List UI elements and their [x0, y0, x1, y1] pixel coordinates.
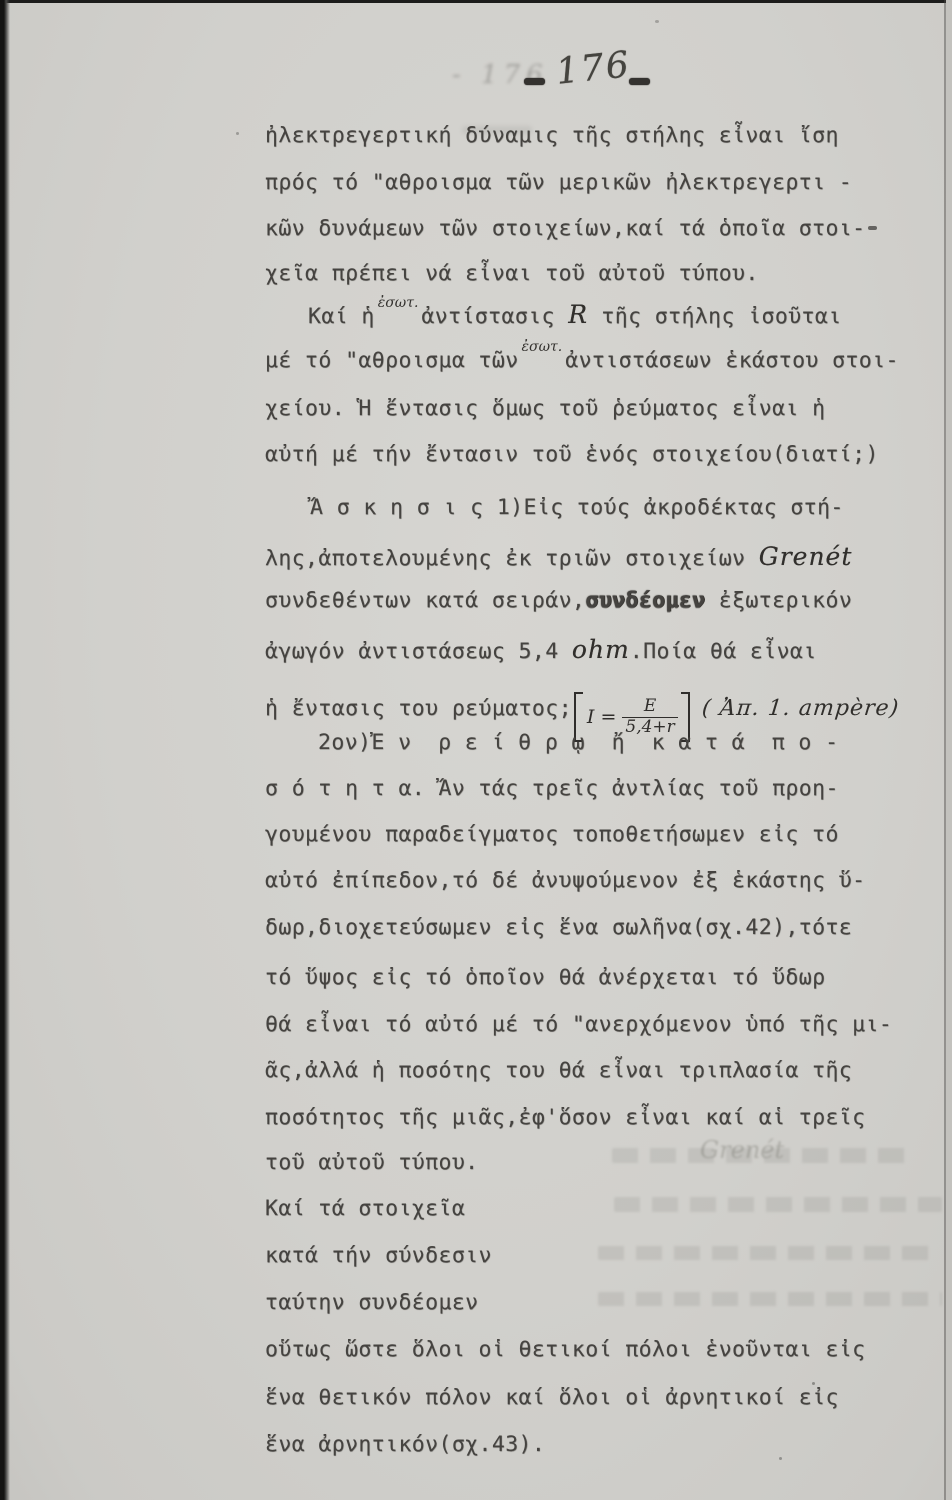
typewritten-text: ἀντιστάσεων ἑκάστου στοι- — [565, 348, 899, 373]
formula-numerator: E — [644, 697, 656, 717]
overstruck-text: συνδέομεν — [585, 588, 705, 613]
typewritten-text: λης,ἀποτελουμένης ἐκ τριῶν στοιχείων — [265, 546, 759, 571]
typewritten-line: Καί ἡἐσωτ.ἀντίστασις R τῆς στήλης ἰσοῦτα… — [308, 302, 842, 328]
typewritten-text: ἠλεκτρεγερτική δύναμις τῆς στήλης εἶναι … — [265, 123, 839, 148]
handwritten-annotation: ( Ἀπ. 1. ampère) — [701, 698, 900, 720]
typewritten-text: τῆς στήλης ἰσοῦται — [588, 304, 842, 329]
typewritten-line: γουμένου παραδείγματος τοποθετήσωμεν εἰς… — [265, 824, 839, 846]
typewritten-line: μέ τό "αθροισμα τῶνἐσωτ.ἀντιστάσεων ἑκάσ… — [265, 350, 899, 372]
handwritten-annotation: Grenét — [759, 542, 853, 571]
typewritten-text: Καί τά στοιχεῖα — [265, 1196, 465, 1221]
scanned-page: - 176 176 ἠλεκτρεγερτική δύναμις τῆς στή… — [0, 0, 952, 1500]
typewritten-text: τό ὕψος εἰς τό ὁποῖον θά ἀνέρχεται τό ὕδ… — [265, 965, 825, 990]
typewritten-line: τό ὕψος εἰς τό ὁποῖον θά ἀνέρχεται τό ὕδ… — [265, 967, 825, 989]
typewritten-line: δωρ,διοχετεύσωμεν εἰς ἕνα σωλῆνα(σχ.42),… — [265, 917, 852, 939]
ink-speck — [812, 1382, 815, 1385]
typewritten-text: δωρ,διοχετεύσωμεν εἰς ἕνα σωλῆνα(σχ.42),… — [265, 915, 852, 940]
typewritten-text: κατά τήν σύνδεσιν — [265, 1243, 492, 1268]
ink-speck — [779, 1457, 782, 1460]
typewritten-line: συνδεθέντων κατά σειράν,συνδέομεν ἐξωτερ… — [265, 590, 852, 612]
ink-speck — [236, 132, 239, 135]
typewritten-line: θά εἶναι τό αὐτό μέ τό "ανερχόμενον ὑπό … — [265, 1014, 892, 1036]
typewritten-line: Ἄ σ κ η σ ι ς 1)Εἰς τούς ἀκροδέκτας στή- — [310, 497, 844, 519]
typewritten-text: 2ον)Ἐ ν ρ ε ί θ ρ ῳ ἤ κ α τ ά π ο - — [318, 730, 838, 755]
typewritten-line: χείου. Ἡ ἔντασις ὅμως τοῦ ῥεύματος εἶναι… — [265, 398, 825, 420]
typewritten-text: οὕτως ὥστε ὅλοι οἱ θετικοί πόλοι ἑνοῦντα… — [265, 1337, 865, 1362]
typewritten-line: σ ό τ η τ α. Ἄν τάς τρεῖς ἀντλίας τοῦ πρ… — [265, 778, 839, 800]
typewritten-line: ἠλεκτρεγερτική δύναμις τῆς στήλης εἶναι … — [265, 125, 839, 147]
formula-lhs: I = — [587, 708, 616, 727]
typewritten-text: Ἄ σ κ η σ ι ς 1)Εἰς τούς ἀκροδέκτας στή- — [310, 495, 844, 520]
ink-speck — [655, 20, 659, 23]
typewritten-text: χείου. Ἡ ἔντασις ὅμως τοῦ ῥεύματος εἶναι… — [265, 396, 825, 421]
typewritten-line: χεῖα πρέπει νά εἶναι τοῦ αὐτοῦ τύπου. — [265, 263, 759, 285]
bleed-through-text — [614, 1197, 942, 1212]
typewritten-text: Καί ἡ — [308, 304, 375, 329]
typewritten-text: ἕνα θετικόν πόλον καί ὅλοι οἱ ἀρνητικοί … — [265, 1385, 839, 1410]
typewritten-text: χεῖα πρέπει νά εἶναι τοῦ αὐτοῦ τύπου. — [265, 261, 759, 286]
typewritten-line: πρός τό "αθροισμα τῶν μερικῶν ἠλεκτρεγερ… — [265, 172, 852, 194]
typewritten-text: ἐξωτερικόν — [705, 588, 852, 613]
typewritten-line: ἕνα θετικόν πόλον καί ὅλοι οἱ ἀρνητικοί … — [265, 1387, 839, 1409]
typewritten-text: ᾶς,ἀλλά ἡ ποσότης του θά εἶναι τριπλασία… — [265, 1058, 852, 1083]
typewritten-text: συνδεθέντων κατά σειράν, — [265, 588, 585, 613]
ink-speck — [868, 226, 877, 230]
typewritten-line: ταύτην συνδέομεν — [265, 1292, 479, 1314]
typewritten-line: αὐτό ἐπίπεδον,τό δέ ἀνυψούμενον ἐξ ἑκάστ… — [265, 870, 865, 892]
bleed-through-text — [612, 1148, 910, 1163]
typewritten-text: ἕνα ἀρνητικόν(σχ.43). — [265, 1432, 545, 1457]
typewritten-line: ἀγωγόν ἀντιστάσεως 5,4 ohm.Ποία θά εἶναι — [265, 637, 817, 663]
typewritten-text: κῶν δυνάμεων τῶν στοιχείων,καί τά ὁποῖα … — [265, 216, 865, 241]
typewritten-text: αὐτή μέ τήν ἔντασιν τοῦ ἑνός στοιχείου(δ… — [265, 442, 879, 467]
handwritten-insertion: ἐσωτ. — [378, 295, 419, 311]
handwritten-insertion: ἐσωτ. — [522, 339, 563, 355]
typewritten-line: Καί τά στοιχεῖα — [265, 1198, 465, 1220]
typewritten-line: οὕτως ὥστε ὅλοι οἱ θετικοί πόλοι ἑνοῦντα… — [265, 1339, 865, 1361]
typewritten-text: ἀντίστασις — [421, 304, 568, 329]
typewritten-line: ἕνα ἀρνητικόν(σχ.43). — [265, 1434, 545, 1456]
typewritten-text: τοῦ αὐτοῦ τύπου. — [265, 1150, 479, 1175]
handwritten-annotation: R — [568, 300, 588, 329]
typewritten-text: ἡ ἔντασις του ρεύματος; — [265, 696, 572, 721]
typewritten-line: ᾶς,ἀλλά ἡ ποσότης του θά εἶναι τριπλασία… — [265, 1060, 852, 1082]
bleed-through-text — [598, 1246, 932, 1260]
typewritten-line: ποσότητος τῆς μιᾶς,ἐφ'ὅσον εἶναι καί αἱ … — [265, 1107, 865, 1129]
typewritten-line: 2ον)Ἐ ν ρ ε ί θ ρ ῳ ἤ κ α τ ά π ο - — [318, 732, 838, 754]
typewritten-text: ἀγωγόν ἀντιστάσεως 5,4 — [265, 639, 572, 664]
typewritten-line: αὐτή μέ τήν ἔντασιν τοῦ ἑνός στοιχείου(δ… — [265, 444, 879, 466]
typewritten-text: ταύτην συνδέομεν — [265, 1290, 479, 1315]
typewritten-text: .Ποία θά εἶναι — [630, 639, 817, 664]
typewritten-text: ποσότητος τῆς μιᾶς,ἐφ'ὅσον εἶναι καί αἱ … — [265, 1105, 865, 1130]
typewritten-text: θά εἶναι τό αὐτό μέ τό "ανερχόμενον ὑπό … — [265, 1012, 892, 1037]
typewritten-line: λης,ἀποτελουμένης ἐκ τριῶν στοιχείων Gre… — [265, 544, 852, 570]
typewritten-line: τοῦ αὐτοῦ τύπου. — [265, 1152, 479, 1174]
typewritten-text: γουμένου παραδείγματος τοποθετήσωμεν εἰς… — [265, 822, 839, 847]
typewritten-text: αὐτό ἐπίπεδον,τό δέ ἀνυψούμενον ἐξ ἑκάστ… — [265, 868, 865, 893]
typewritten-text: πρός τό "αθροισμα τῶν μερικῶν ἠλεκτρεγερ… — [265, 170, 852, 195]
handwritten-annotation: ohm — [572, 635, 630, 664]
typewritten-line: ἡ ἔντασις του ρεύματος;I =E5,4+r( Ἀπ. 1.… — [265, 684, 899, 734]
bleed-through-text — [598, 1292, 942, 1306]
typewritten-line: κατά τήν σύνδεσιν — [265, 1245, 492, 1267]
typewritten-text: σ ό τ η τ α. Ἄν τάς τρεῖς ἀντλίας τοῦ πρ… — [265, 776, 839, 801]
typewritten-line: κῶν δυνάμεων τῶν στοιχείων,καί τά ὁποῖα … — [265, 218, 865, 240]
text-block: ἠλεκτρεγερτική δύναμις τῆς στήλης εἶναι … — [0, 0, 952, 1500]
typewritten-text: μέ τό "αθροισμα τῶν — [265, 348, 519, 373]
